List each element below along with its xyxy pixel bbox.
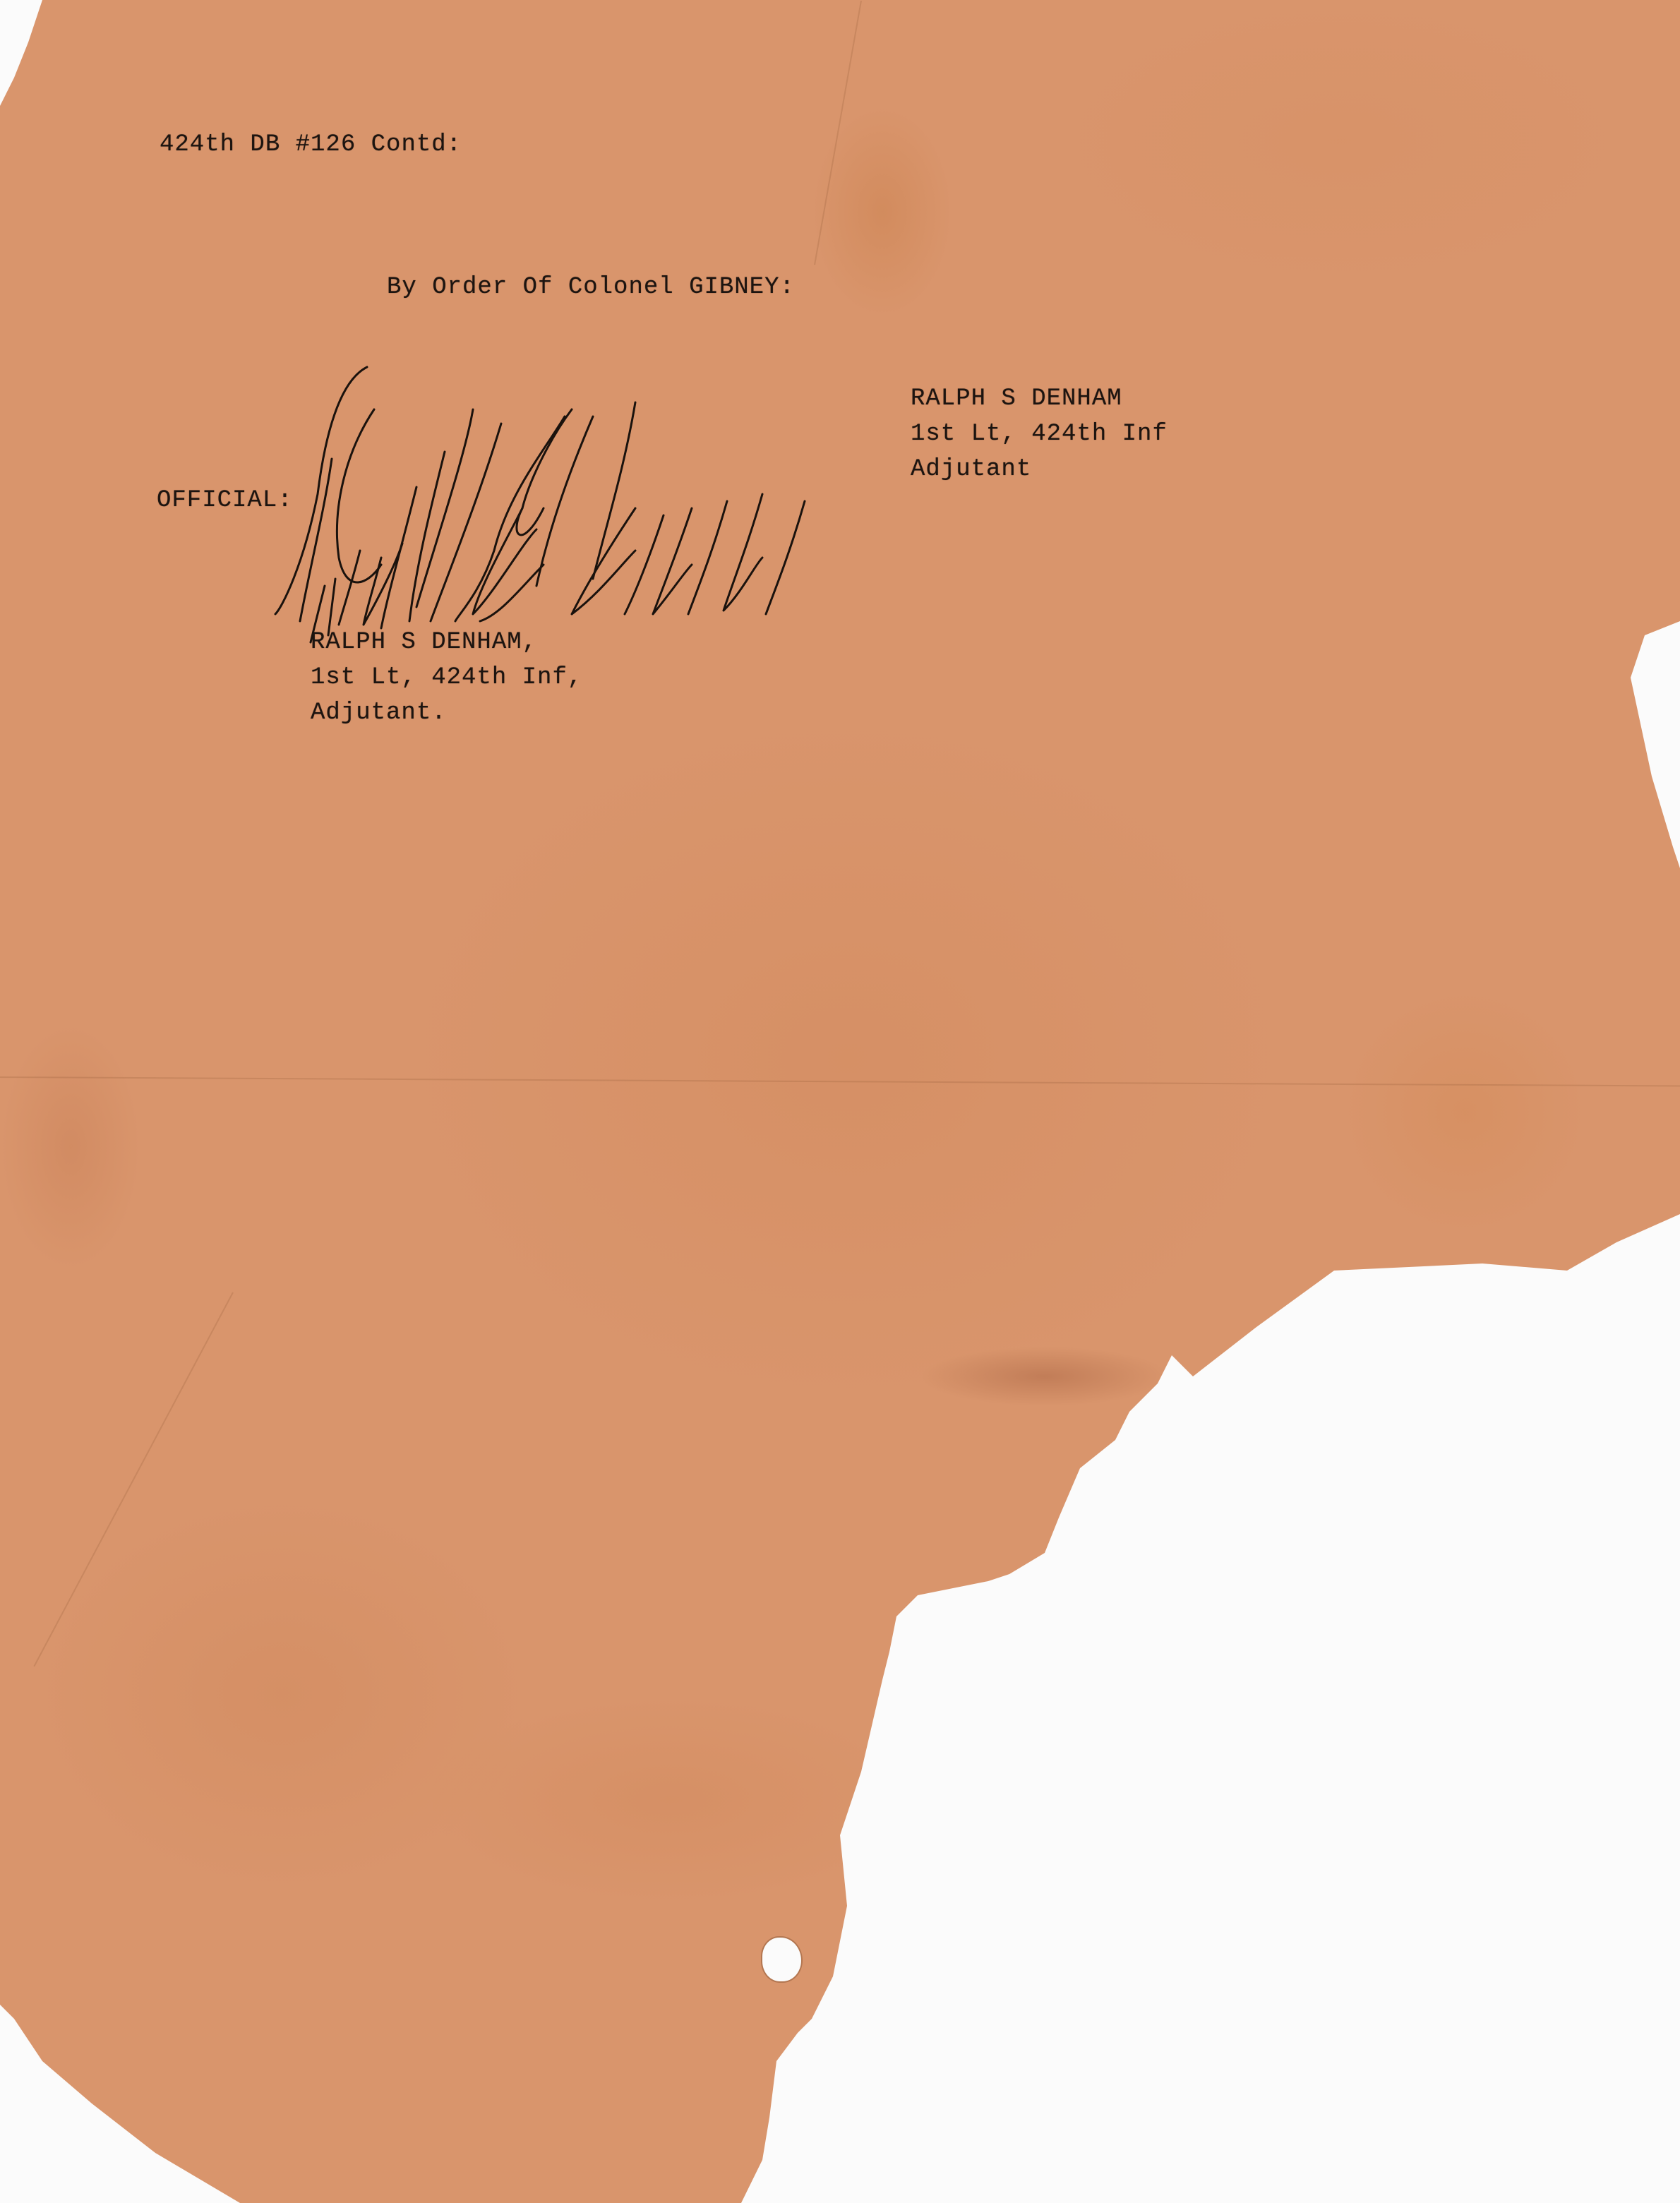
commander-title: Adjutant [911, 452, 1031, 487]
water-stain [812, 106, 953, 318]
document-header: 424th DB #126 Contd: [160, 127, 462, 162]
official-rank-unit: 1st Lt, 424th Inf, [311, 660, 582, 695]
commander-rank-unit: 1st Lt, 424th Inf [911, 416, 1168, 452]
water-stain [424, 1694, 918, 1906]
commander-name: RALPH S DENHAM [911, 381, 1122, 416]
punched-hole [762, 1938, 801, 1981]
by-order-line: By Order Of Colonel GIBNEY: [387, 270, 795, 305]
official-name: RALPH S DENHAM, [311, 625, 537, 660]
fold-crease [814, 1, 862, 265]
official-title: Adjutant. [311, 695, 447, 731]
fold-crease [0, 1076, 1680, 1086]
fold-crease [33, 1292, 233, 1667]
aged-paper-sheet [0, 0, 1680, 2203]
water-stain [0, 1024, 141, 1271]
water-stain [1341, 988, 1588, 1235]
handwritten-signature [268, 353, 833, 649]
